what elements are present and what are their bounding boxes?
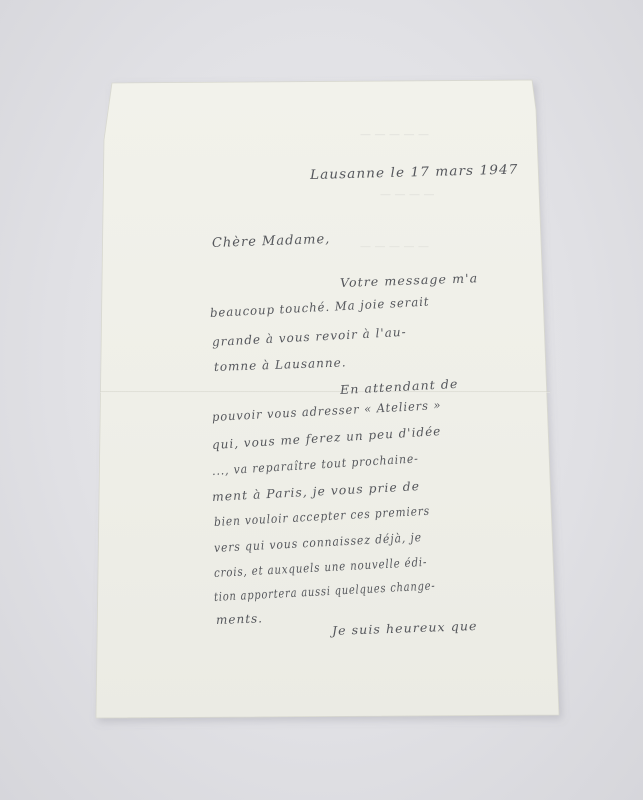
bleed-through-text: — — — — (380, 188, 435, 201)
fold-crease (100, 391, 550, 393)
letter-line: ments. (216, 611, 263, 627)
bleed-through-text: — — — — — (360, 240, 429, 253)
bleed-through-text: — — — — — (360, 128, 429, 141)
letter-paper (0, 0, 643, 800)
